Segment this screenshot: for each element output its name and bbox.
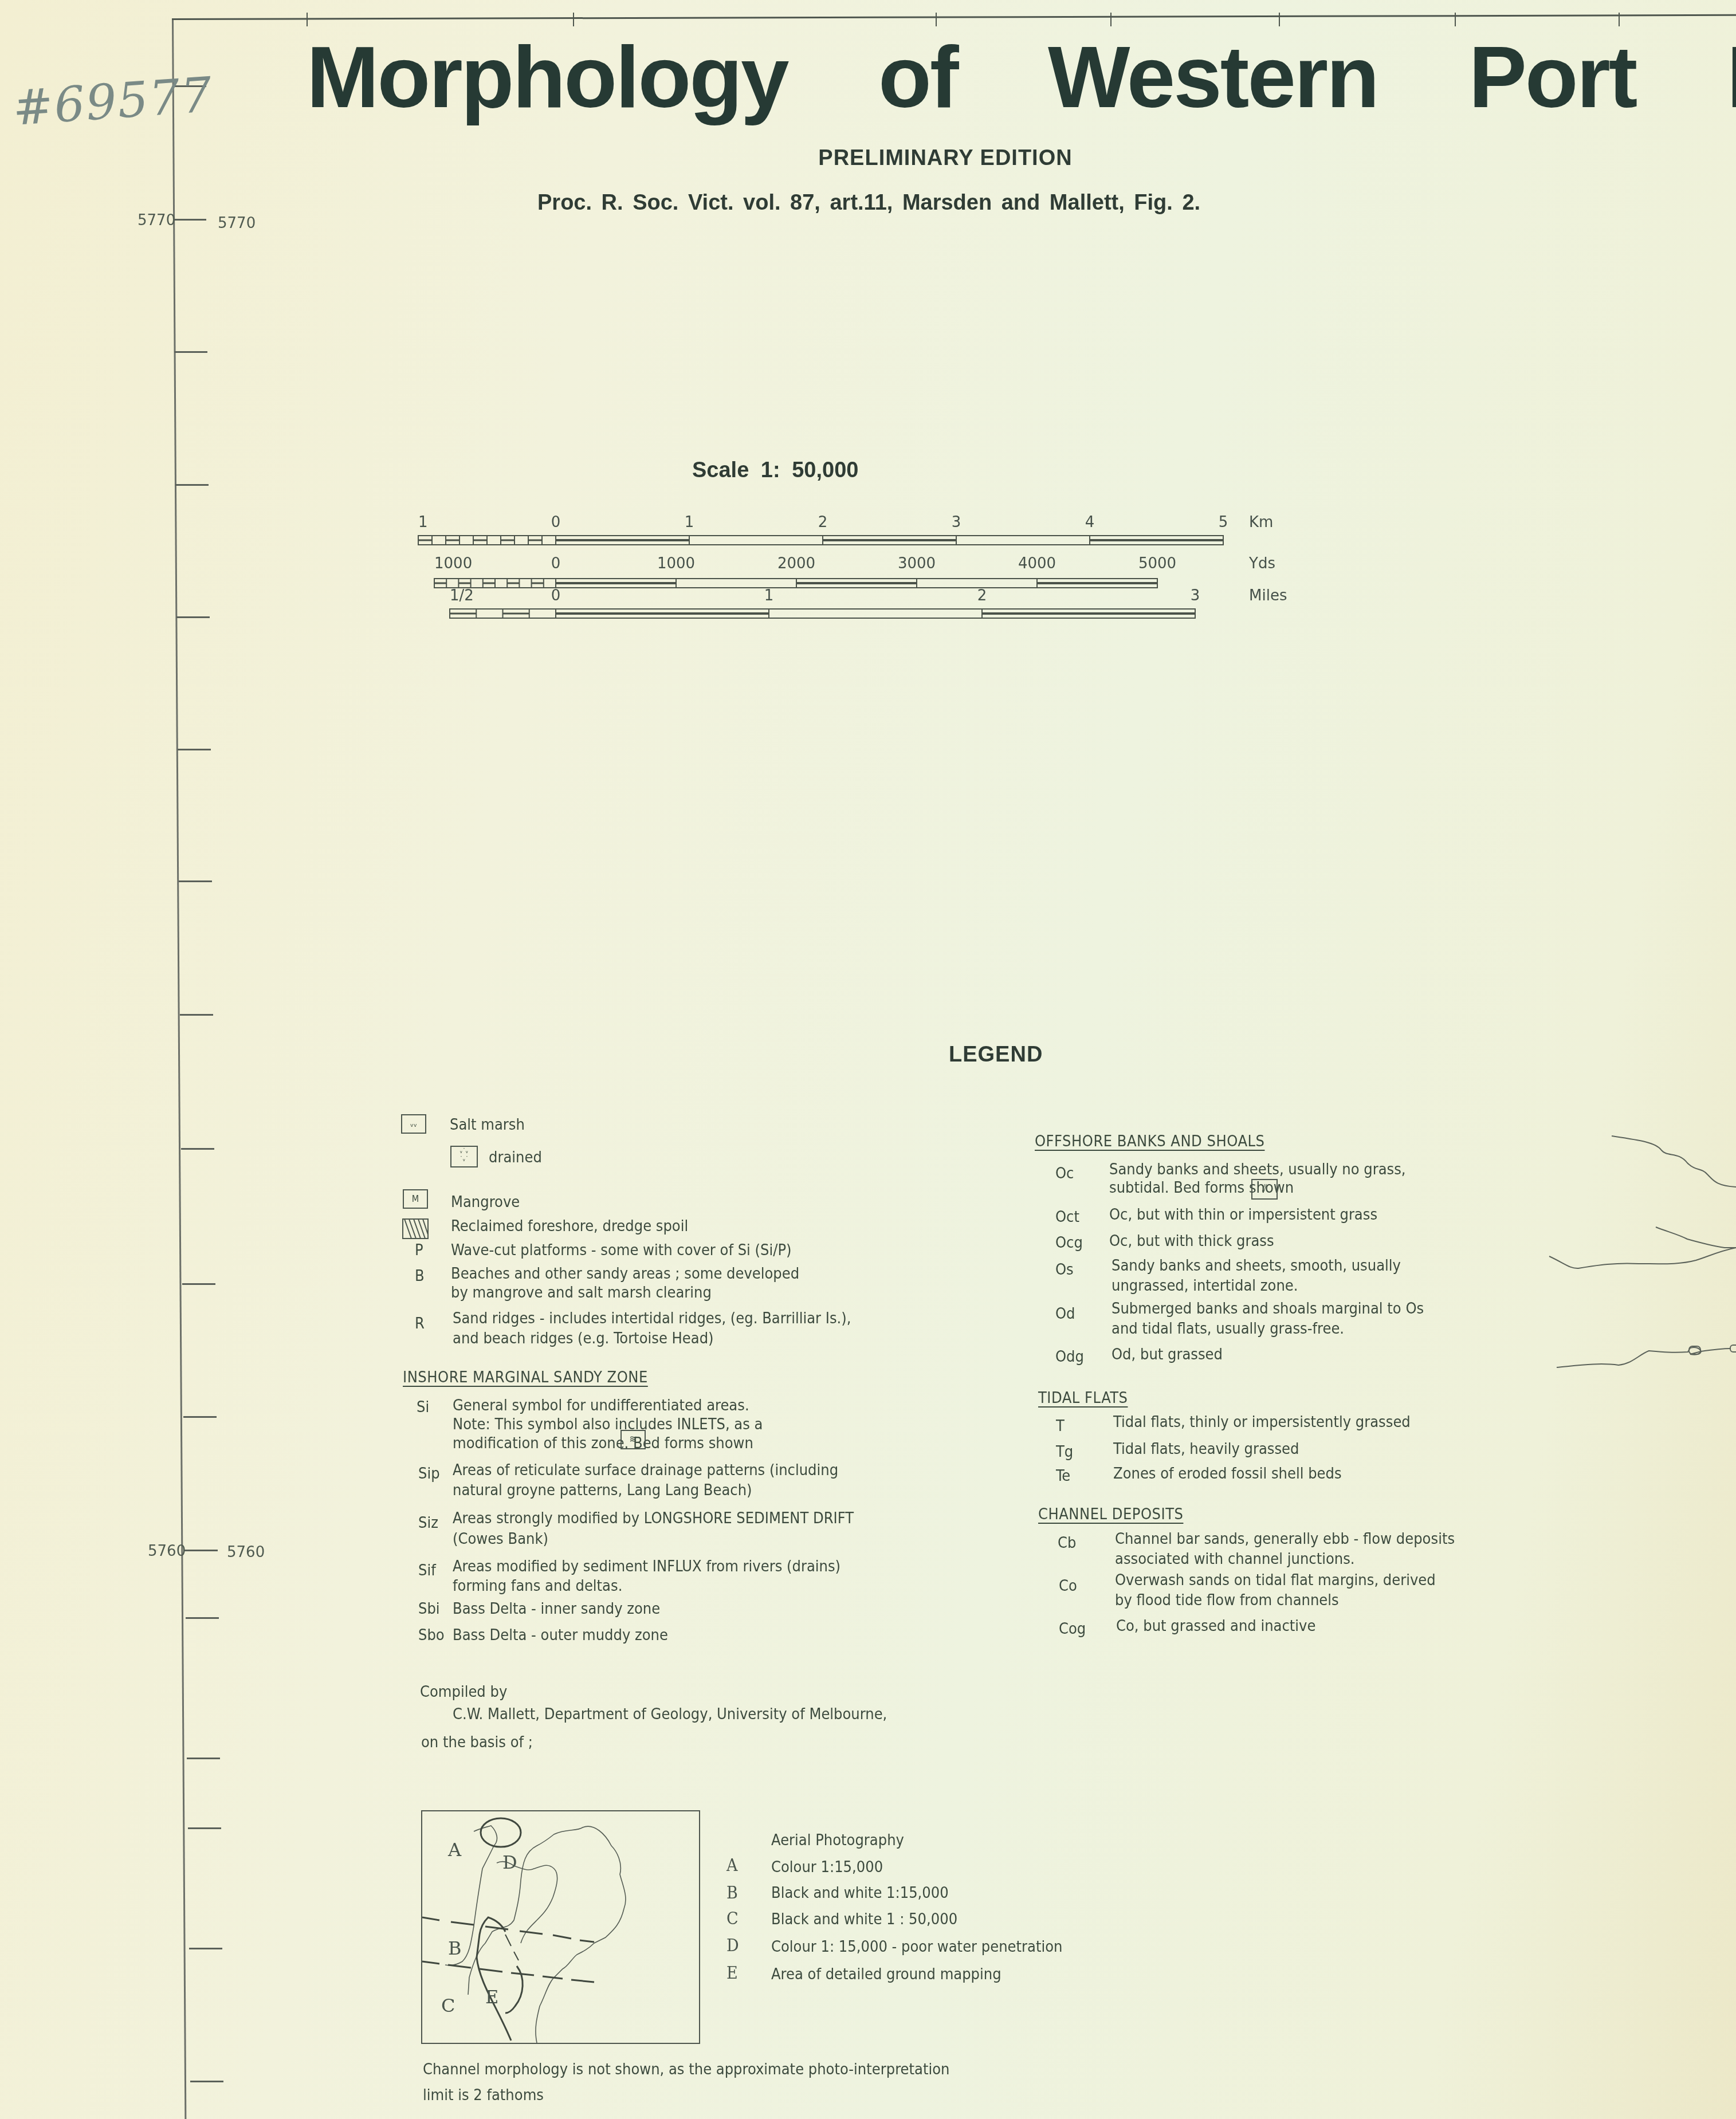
svg-text:3000: 3000 [898,555,936,572]
legend-text: Tidal flats, thinly or impersistently gr… [1113,1413,1411,1432]
frame-left-tick [190,2081,223,2082]
aerial-key-letter: D [726,1936,739,1956]
aerial-coverage-inset-map: A B C D E [421,1810,700,2044]
svg-text:0: 0 [551,555,561,572]
aerial-key-letter: C [726,1909,739,1929]
inset-zone-label: C [441,1995,455,2016]
scale-bars: 1012345Km1000010002000300040005000Yds1/2… [401,504,1318,630]
mangrove-symbol-icon: M [403,1189,428,1209]
frame-left-tick [181,1148,214,1150]
legend-code: R [415,1314,455,1334]
footnote-line: Channel morphology is not shown, as the … [423,2060,949,2079]
legend-text: Submerged banks and shoals marginal to O… [1111,1299,1424,1319]
frame-top-tick [1110,13,1111,26]
legend-code: Odg [1055,1347,1095,1367]
frame-left-tick [176,616,210,618]
legend-text: Areas of reticulate surface drainage pat… [453,1461,838,1480]
frame-left-tick [188,1827,221,1829]
legend-text: ungrassed, intertidal zone. [1111,1276,1298,1296]
frame-left-tick [174,351,207,353]
compiled-basis-label: on the basis of ; [421,1733,533,1752]
frame-left-tick [180,1014,213,1016]
legend-code: Od [1055,1304,1095,1324]
legend-code: T [1056,1417,1096,1436]
svg-text:1/2: 1/2 [450,587,474,604]
svg-text:0: 0 [551,587,561,604]
legend-text: Mangrove [451,1193,520,1212]
inset-zone-label: B [448,1937,462,1959]
legend-text: Sandy banks and sheets, usually no grass… [1109,1160,1406,1180]
svg-text:4: 4 [1085,514,1095,531]
inset-coastline-drawing [422,1811,699,2043]
legend-text: Beaches and other sandy areas ; some dev… [451,1264,799,1284]
legend-code: Si [417,1398,457,1417]
section-heading: OFFSHORE BANKS AND SHOALS [1035,1132,1264,1151]
legend-text: drained [489,1148,542,1167]
aerial-key-text: Area of detailed ground mapping [771,1965,1001,1984]
svg-text:0: 0 [551,514,561,531]
section-heading: TIDAL FLATS [1038,1389,1128,1408]
aerial-key-text: Colour 1: 15,000 - poor water penetratio… [771,1937,1062,1957]
legend-text: (Cowes Bank) [453,1530,548,1549]
frame-left-tick [189,1948,222,1949]
legend-text: Oc, but with thick grass [1109,1232,1274,1251]
legend-code: B [415,1267,455,1286]
compiled-by-label: Compiled by [420,1682,507,1702]
legend-text: Areas strongly modified by LONGSHORE SED… [453,1509,854,1528]
frame-left-tick [179,880,212,882]
svg-text:Yds: Yds [1248,555,1275,572]
frame-top-tick [307,13,308,26]
svg-text:1: 1 [685,514,694,531]
svg-text:4000: 4000 [1018,555,1056,572]
aerial-key-letter: B [726,1884,738,1903]
frame-left-tick [183,1416,217,1418]
svg-text:3: 3 [952,514,961,531]
legend-code: Oc [1055,1164,1095,1184]
map-title: Morphology of Western Port Bay [307,27,1736,128]
legend-text: natural groyne patterns, Lang Lang Beach… [453,1481,752,1500]
legend-text: Co, but grassed and inactive [1116,1617,1315,1636]
section-heading: INSHORE MARGINAL SANDY ZONE [403,1368,648,1387]
northing-label-left: 5770 [138,212,175,229]
legend-code: Cb [1058,1534,1098,1553]
svg-text:5000: 5000 [1138,555,1176,572]
legend-text: associated with channel junctions. [1115,1550,1355,1569]
legend-text: Sand ridges - includes intertidal ridges… [453,1309,851,1328]
frame-top-tick [573,13,574,26]
salt-marsh-symbol-icon: ᵥᵥ [401,1114,426,1134]
scale-title: Scale 1: 50,000 [692,458,858,483]
svg-text:Miles: Miles [1249,587,1287,604]
compiler-name: C.W. Mallett, Department of Geology, Uni… [453,1705,887,1724]
legend-text: Wave-cut platforms - some with cover of … [451,1241,792,1260]
frame-left-tick [173,219,206,221]
inlet-bed-forms-symbol-icon: ≋ [620,1430,646,1449]
legend-text: Bass Delta - outer muddy zone [453,1626,668,1645]
coastline-fragments [1490,1117,1736,1690]
offshore-bed-forms-symbol-icon: ⫽ [1251,1179,1278,1200]
aerial-key-text: Black and white 1 : 50,000 [771,1910,957,1929]
legend-text: General symbol for undifferentiated area… [453,1396,749,1416]
hatched-symbol-icon [402,1218,429,1239]
drained-salt-marsh-symbol-icon: ᵥ˙ᵥ˙ᵥ˙ [450,1146,478,1167]
svg-text:Km: Km [1249,514,1273,531]
legend-text: Areas modified by sediment INFLUX from r… [453,1557,840,1577]
legend-text: Tidal flats, heavily grassed [1113,1440,1299,1459]
legend-code: Tg [1056,1442,1096,1462]
frame-left-tick [175,484,209,486]
map-frame-left-border [172,20,186,2119]
frame-top-tick [1455,13,1456,26]
legend-code: Te [1056,1467,1096,1486]
aerial-key-text: Black and white 1:15,000 [771,1884,949,1903]
footnote-line: limit is 2 fathoms [423,2086,544,2105]
frame-left-tick [187,1758,220,1759]
legend-text: Salt marsh [450,1115,525,1135]
svg-text:1000: 1000 [657,555,695,572]
frame-top-tick [1279,13,1280,26]
legend-text: Bass Delta - inner sandy zone [453,1599,660,1619]
aerial-key-letter: E [726,1964,738,1983]
legend-code: Co [1059,1577,1099,1596]
svg-text:2: 2 [977,587,987,604]
legend-text: Oc, but with thin or impersistent grass [1109,1205,1377,1225]
map-frame-top-border [172,14,1736,20]
section-heading: CHANNEL DEPOSITS [1038,1505,1183,1524]
accession-number: #69577 [11,66,215,136]
citation: Proc. R. Soc. Vict. vol. 87, art.11, Mar… [537,191,1200,215]
frame-top-tick [936,13,937,26]
frame-left-tick [184,1550,218,1551]
legend-text: by flood tide flow from channels [1115,1591,1339,1610]
legend-text: Channel bar sands, generally ebb - flow … [1115,1530,1455,1549]
legend-text: Reclaimed foreshore, dredge spoil [451,1217,688,1236]
inset-zone-label: A [448,1839,461,1861]
inset-zone-label: E [485,1986,498,2008]
legend-text: forming fans and deltas. [453,1577,622,1596]
svg-text:2000: 2000 [777,555,815,572]
svg-text:5: 5 [1219,514,1228,531]
frame-left-tick [182,1283,215,1285]
frame-top-tick [1619,13,1620,26]
legend-code: Cog [1059,1619,1099,1639]
legend-code: Ocg [1055,1233,1095,1253]
legend-text: Zones of eroded fossil shell beds [1113,1464,1342,1484]
legend-text: modification of this zone. Bed forms sho… [453,1434,753,1453]
legend-text: and beach ridges (e.g. Tortoise Head) [453,1329,714,1349]
svg-text:2: 2 [818,514,828,531]
inset-zone-label: D [502,1851,517,1873]
northing-label-left: 5760 [148,1543,186,1560]
frame-left-tick [178,749,211,750]
legend-code: Os [1055,1260,1095,1280]
svg-text:1: 1 [418,514,428,531]
legend-text: Overwash sands on tidal flat margins, de… [1115,1571,1436,1590]
edition-label: PRELIMINARY EDITION [0,146,1736,171]
legend-text: by mangrove and salt marsh clearing [451,1283,712,1303]
legend-text: Sandy banks and sheets, smooth, usually [1111,1256,1401,1276]
svg-text:1: 1 [764,587,774,604]
legend-title: LEGEND [949,1043,1043,1067]
legend-code: P [415,1241,455,1260]
legend-text: Note: This symbol also includes INLETS, … [453,1415,763,1434]
svg-text:1000: 1000 [434,555,472,572]
legend-code: Oct [1055,1208,1095,1227]
northing-label-right: 5770 [218,215,256,232]
legend-text: and tidal flats, usually grass-free. [1111,1319,1344,1339]
legend-text: Od, but grassed [1111,1345,1223,1365]
svg-text:3: 3 [1191,587,1200,604]
aerial-key-text: Colour 1:15,000 [771,1858,883,1877]
aerial-key-letter: A [726,1856,738,1876]
northing-label-right: 5760 [227,1544,265,1561]
frame-left-tick [186,1617,219,1619]
aerial-photography-heading: Aerial Photography [771,1831,904,1850]
